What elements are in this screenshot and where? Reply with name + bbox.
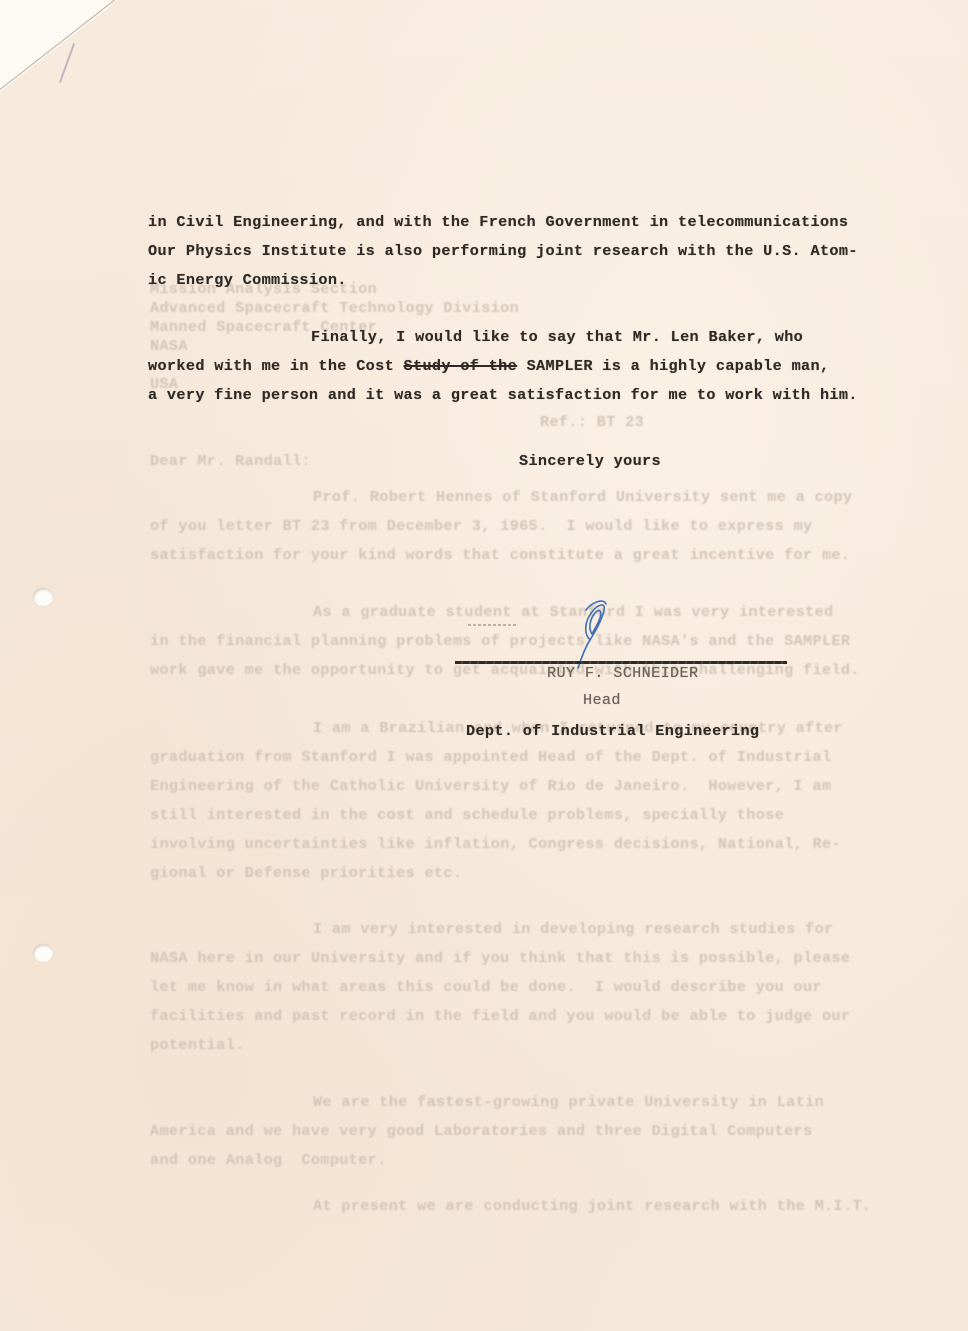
ghost-para-line: in the financial planning problems of pr… (150, 632, 850, 650)
body-line: in Civil Engineering, and with the Frenc… (148, 213, 848, 231)
ghost-para-line: and one Analog Computer. (150, 1151, 387, 1169)
handwritten-signature-icon (566, 598, 622, 670)
struck-text: Study of the (404, 357, 518, 375)
ghost-para-line: graduation from Stanford I was appointed… (150, 748, 831, 766)
ghost-address-line: NASA (150, 337, 188, 355)
ghost-address-line: Advanced Spacecraft Technology Division (150, 299, 519, 317)
signature-dash-mark (468, 624, 518, 626)
ghost-para-line: involving uncertainties like inflation, … (150, 835, 841, 853)
ghost-para-line: facilities and past record in the field … (150, 1007, 850, 1025)
ghost-para-line: satisfaction for your kind words that co… (150, 546, 850, 564)
ghost-para-line: still interested in the cost and schedul… (150, 806, 784, 824)
body-line: worked with me in the Cost Study of the … (148, 357, 829, 375)
folded-corner (0, 0, 118, 92)
body-line: a very fine person and it was a great sa… (148, 386, 858, 404)
ghost-para-line: Prof. Robert Hennes of Stanford Universi… (313, 488, 852, 506)
ghost-para-line: We are the fastest-growing private Unive… (313, 1093, 824, 1111)
signer-department: Dept. of Industrial Engineering (466, 722, 759, 740)
punch-hole-bottom (33, 944, 53, 962)
body-line: Finally, I would like to say that Mr. Le… (311, 328, 803, 346)
ghost-para-line: At present we are conducting joint resea… (313, 1197, 871, 1215)
body-text: SAMPLER is a highly capable man, (517, 357, 829, 375)
signer-name: RUY F. SCHNEIDER (547, 664, 698, 682)
signer-title: Head (583, 691, 621, 709)
ghost-reference: Ref.: BT 23 (540, 413, 644, 431)
ghost-para-line: Engineering of the Catholic University o… (150, 777, 831, 795)
body-line: ic Energy Commission. (148, 271, 347, 289)
body-text: worked with me in the Cost (148, 357, 404, 375)
ghost-para-line: let me know in what areas this could be … (150, 978, 822, 996)
ghost-para-line: America and we have very good Laboratori… (150, 1122, 812, 1140)
ghost-para-line: potential. (150, 1036, 245, 1054)
ghost-para-line: NASA here in our University and if you t… (150, 949, 850, 967)
ghost-para-line: gional or Defense priorities etc. (150, 864, 462, 882)
ghost-para-line: of you letter BT 23 from December 3, 196… (150, 517, 812, 535)
ghost-greeting: Dear Mr. Randall: (150, 452, 311, 470)
punch-hole-top (33, 588, 53, 606)
ghost-para-line: I am very interested in developing resea… (313, 920, 834, 938)
closing-salutation: Sincerely yours (519, 452, 661, 470)
body-line: Our Physics Institute is also performing… (148, 242, 858, 260)
